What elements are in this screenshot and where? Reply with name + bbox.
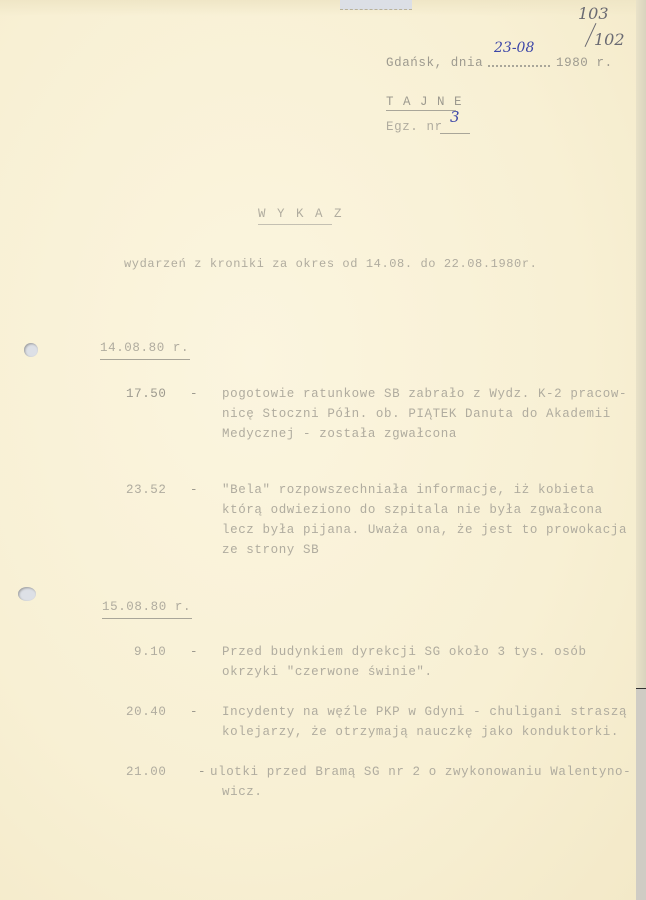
entry-line: "Bela" rozpowszechniała informacje, iż k… — [222, 484, 595, 497]
entry-time: 17.50 — [126, 388, 167, 401]
document-title: W Y K A Z — [258, 208, 344, 221]
entry-dash: - — [190, 646, 198, 659]
entry-line: nicę Stoczni Półn. ob. PIĄTEK Danuta do … — [222, 408, 611, 421]
punch-hole-bottom — [18, 587, 36, 601]
entry-line: okrzyki "czerwone świnie". — [222, 666, 433, 679]
torn-corner — [340, 0, 412, 10]
copy-label: Egz. nr — [386, 121, 443, 134]
page-number-handwritten-bottom: 102 — [594, 30, 625, 49]
entry-line: pogotowie ratunkowe SB zabrało z Wydz. K… — [222, 388, 627, 401]
document-subtitle: wydarzeń z kroniki za okres od 14.08. do… — [124, 258, 537, 270]
entry-time: 23.52 — [126, 484, 167, 497]
entry-line: którą odwieziono do szpitala nie była zg… — [222, 504, 603, 517]
entry-time: 21.00 — [126, 766, 167, 779]
entry-time: 20.40 — [126, 706, 167, 719]
copy-number-underline — [440, 133, 470, 134]
classification-underline — [386, 110, 456, 111]
place-prefix: Gdańsk, dnia — [386, 57, 483, 70]
section-date-2-underline — [102, 618, 192, 619]
entry-dash: - — [190, 484, 198, 497]
entry-line: Przed budynkiem dyrekcji SG około 3 tys.… — [222, 646, 587, 659]
entry-dash: - — [198, 766, 206, 779]
page-fold — [0, 0, 636, 16]
underlying-page-edge-lower — [636, 688, 646, 900]
entry-dash: - — [190, 388, 198, 401]
classification-label: T A J N E — [386, 96, 463, 109]
page-number-handwritten-top: 103 — [578, 4, 609, 23]
section-date-1-underline — [100, 359, 190, 360]
punch-hole-top — [24, 343, 38, 357]
title-underline — [258, 224, 332, 225]
entry-line: Incydenty na węźle PKP w Gdyni - chuliga… — [222, 706, 627, 719]
section-date-1: 14.08.80 r. — [100, 342, 189, 355]
date-handwritten: 23-08 — [494, 40, 534, 56]
entry-line: kolejarzy, że otrzymają nauczkę jako kon… — [222, 726, 619, 739]
entry-line: Medycznej - została zgwałcona — [222, 428, 457, 441]
copy-number-handwritten: 3 — [450, 108, 460, 126]
entry-dash: - — [190, 706, 198, 719]
entry-line: lecz była pijana. Uważa ona, że jest to … — [222, 524, 627, 537]
entry-line: ze strony SB — [222, 544, 319, 557]
year-suffix: 1980 r. — [556, 57, 613, 70]
date-dotted-line — [488, 65, 550, 67]
entry-line: wicz. — [222, 786, 263, 799]
section-date-2: 15.08.80 r. — [102, 601, 191, 614]
entry-time: 9.10 — [134, 646, 166, 659]
entry-line: ulotki przed Bramą SG nr 2 o zwykonowani… — [210, 766, 631, 779]
